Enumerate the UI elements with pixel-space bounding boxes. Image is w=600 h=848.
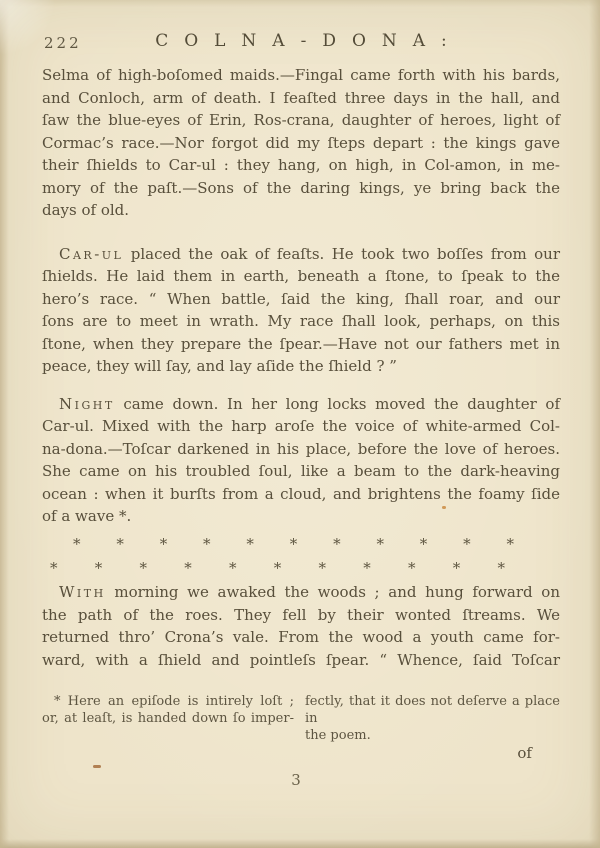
text-line: of a wave *.	[42, 505, 560, 528]
paper-speck	[442, 506, 446, 509]
text-line: hero’s race. “ When battle, ſaid the kin…	[42, 288, 560, 311]
text-line: With morning we awaked the woods ; and h…	[42, 581, 560, 604]
text-line: and Conloch, arm of death. I feaſted thr…	[42, 87, 560, 110]
footnote-line: the poem.	[305, 727, 560, 744]
text-line: ſhields. He laid them in earth, beneath …	[42, 265, 560, 288]
text-line: Car-ul. Mixed with the harp aroſe the vo…	[42, 415, 560, 438]
text-line-rest: placed the oak of feaſts. He took two bo…	[123, 245, 560, 263]
catchword: of	[42, 745, 560, 762]
page-number: 222	[44, 32, 82, 54]
page-header: 222 COLNA-DONA:	[42, 30, 560, 52]
asterisk-row: * * * * * * * * * * *	[42, 557, 560, 580]
text-line: ocean : when it burſts from a cloud, and…	[42, 483, 560, 506]
paragraph-4: With morning we awaked the woods ; and h…	[42, 581, 560, 671]
book-page: 222 COLNA-DONA: Selma of high-boſomed ma…	[0, 0, 600, 848]
paragraph-3: Night came down. In her long locks moved…	[42, 393, 560, 528]
text-line: ſaw the blue-eyes of Erin, Ros-crana, da…	[42, 109, 560, 132]
text-line: Selma of high-boſomed maids.—Fingal came…	[42, 64, 560, 87]
text-line: ſtone, when they prepare the ſpear.—Have…	[42, 333, 560, 356]
text-line-rest: came down. In her long locks moved the d…	[115, 395, 560, 413]
paragraph-lead-word: Night	[59, 395, 115, 413]
paragraph-lead-word: Car-ul	[59, 245, 123, 263]
text-line: Cormac’s race.—Nor forgot did my ſteps d…	[42, 132, 560, 155]
text-line-rest: morning we awaked the woods ; and hung f…	[106, 583, 560, 601]
text-line: days of old.	[42, 199, 560, 222]
text-line: returned thro’ Crona’s vale. From the wo…	[42, 626, 560, 649]
page-content: 222 COLNA-DONA: Selma of high-boſomed ma…	[42, 30, 560, 789]
text-line: She came on his troubled ſoul, like a be…	[42, 460, 560, 483]
text-line: na-dona.—Toſcar darkened in his place, b…	[42, 438, 560, 461]
signature-mark: 3	[42, 772, 560, 789]
paragraph-lead-word: With	[59, 583, 106, 601]
text-line: mory of the paſt.—Sons of the daring kin…	[42, 177, 560, 200]
text-line: Night came down. In her long locks moved…	[42, 393, 560, 416]
footnote: * Here an epiſode is intirely loſt ; or,…	[42, 693, 560, 744]
asterisk-row: * * * * * * * * * * *	[42, 533, 560, 556]
paper-speck	[93, 765, 101, 768]
footnote-line: or, at leaſt, is handed down ſo imper-	[42, 710, 294, 727]
asterisk-separator: * * * * * * * * * * * * * * * * * * * * …	[42, 533, 560, 580]
running-title: COLNA-DONA:	[42, 30, 560, 52]
text-line: ward, with a ſhield and pointleſs ſpear.…	[42, 649, 560, 672]
text-line: peace, they will ſay, and lay aſide the …	[42, 355, 560, 378]
text-line: Car-ul placed the oak of feaſts. He took…	[42, 243, 560, 266]
paragraph-1: Selma of high-boſomed maids.—Fingal came…	[42, 64, 560, 222]
text-line: the path of the roes. They fell by their…	[42, 604, 560, 627]
text-line: ſons are to meet in wrath. My race ſhall…	[42, 310, 560, 333]
footnote-left-column: * Here an epiſode is intirely loſt ; or,…	[42, 693, 294, 744]
footnote-line: * Here an epiſode is intirely loſt ;	[42, 693, 294, 710]
footnote-right-column: fectly, that it does not deſerve a place…	[305, 693, 560, 744]
text-line: their ſhields to Car-ul : they hang, on …	[42, 154, 560, 177]
paragraph-2: Car-ul placed the oak of feaſts. He took…	[42, 243, 560, 378]
footnote-line: fectly, that it does not deſerve a place…	[305, 693, 560, 727]
